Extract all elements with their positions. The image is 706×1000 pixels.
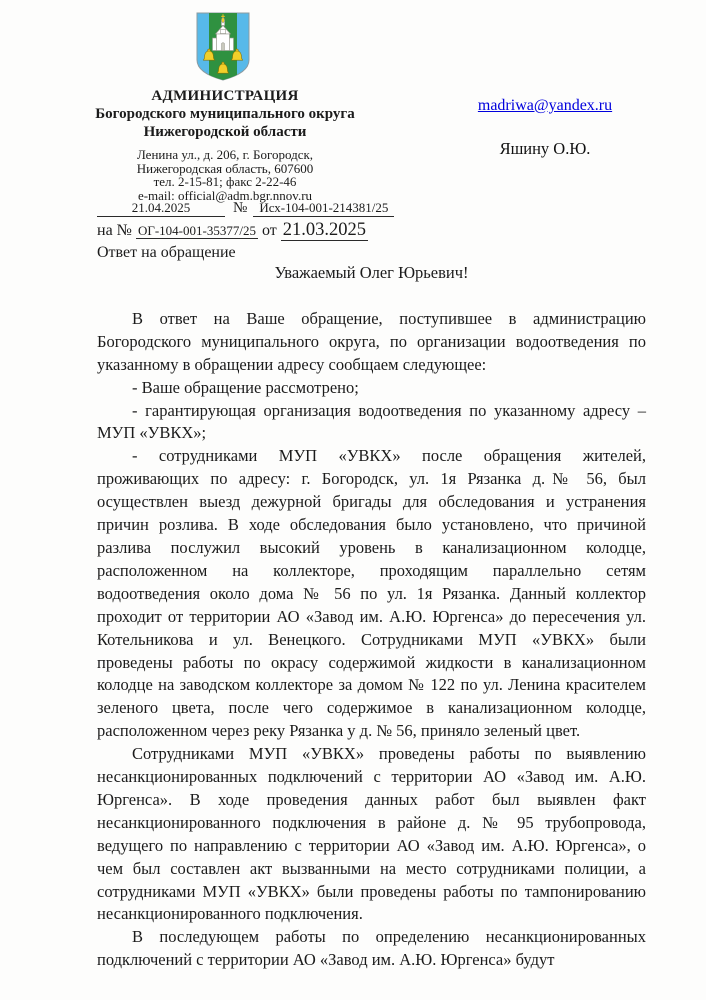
incoming-date: 21.03.2025 bbox=[281, 220, 368, 241]
org-name: АДМИНИСТРАЦИЯ bbox=[60, 87, 390, 105]
recipient-block: madriwa@yandex.ru Яшину О.Ю. bbox=[420, 97, 670, 159]
ref-from: от bbox=[262, 222, 277, 239]
org-subline-1: Богородского муниципального округа bbox=[60, 105, 390, 123]
reference-fields: 21.04.2025№Исх-104-001-214381/25 на № ОГ… bbox=[97, 199, 637, 263]
org-address-block: Ленина ул., д. 206, г. Богородск, Нижего… bbox=[60, 148, 390, 202]
date-number-line: 21.04.2025№Исх-104-001-214381/25 bbox=[97, 199, 637, 217]
number-sign: № bbox=[233, 200, 247, 216]
body-paragraph: - сотрудниками МУП «УВКХ» после обращени… bbox=[97, 445, 646, 743]
org-address-line-1: Ленина ул., д. 206, г. Богородск, bbox=[60, 148, 390, 162]
org-address-line-2: Нижегородская область, 607600 bbox=[60, 162, 390, 176]
org-subline-2: Нижегородской области bbox=[60, 123, 390, 141]
incoming-number: ОГ-104-001-35377/25 bbox=[136, 223, 258, 239]
body-paragraph: - Ваше обращение рассмотрено; bbox=[97, 377, 646, 400]
org-phone-line: тел. 2-15-81; факс 2-22-46 bbox=[60, 175, 390, 189]
coat-of-arms-icon bbox=[196, 12, 250, 82]
letter-body: Уважаемый Олег Юрьевич! В ответ на Ваше … bbox=[97, 262, 646, 972]
body-paragraph: Сотрудниками МУП «УВКХ» проведены работы… bbox=[97, 743, 646, 926]
document-page: АДМИНИСТРАЦИЯ Богородского муниципальног… bbox=[0, 0, 706, 1000]
body-paragraph: - гарантирующая организация водоотведени… bbox=[97, 400, 646, 446]
outgoing-number-field: Исх-104-001-214381/25 bbox=[253, 199, 394, 217]
recipient-name: Яшину О.Ю. bbox=[420, 139, 670, 159]
letter-date-field: 21.04.2025 bbox=[97, 199, 225, 217]
subject-line: Ответ на обращение bbox=[97, 243, 637, 263]
salutation: Уважаемый Олег Юрьевич! bbox=[97, 262, 646, 285]
ref-prefix: на № bbox=[97, 222, 132, 239]
letterhead: АДМИНИСТРАЦИЯ Богородского муниципальног… bbox=[60, 87, 390, 202]
incoming-reference-line: на № ОГ-104-001-35377/25 от 21.03.2025 bbox=[97, 220, 637, 241]
body-paragraph: В последующем работы по определению неса… bbox=[97, 926, 646, 972]
body-paragraph: В ответ на Ваше обращение, поступившее в… bbox=[97, 308, 646, 377]
recipient-email-link[interactable]: madriwa@yandex.ru bbox=[478, 97, 612, 114]
